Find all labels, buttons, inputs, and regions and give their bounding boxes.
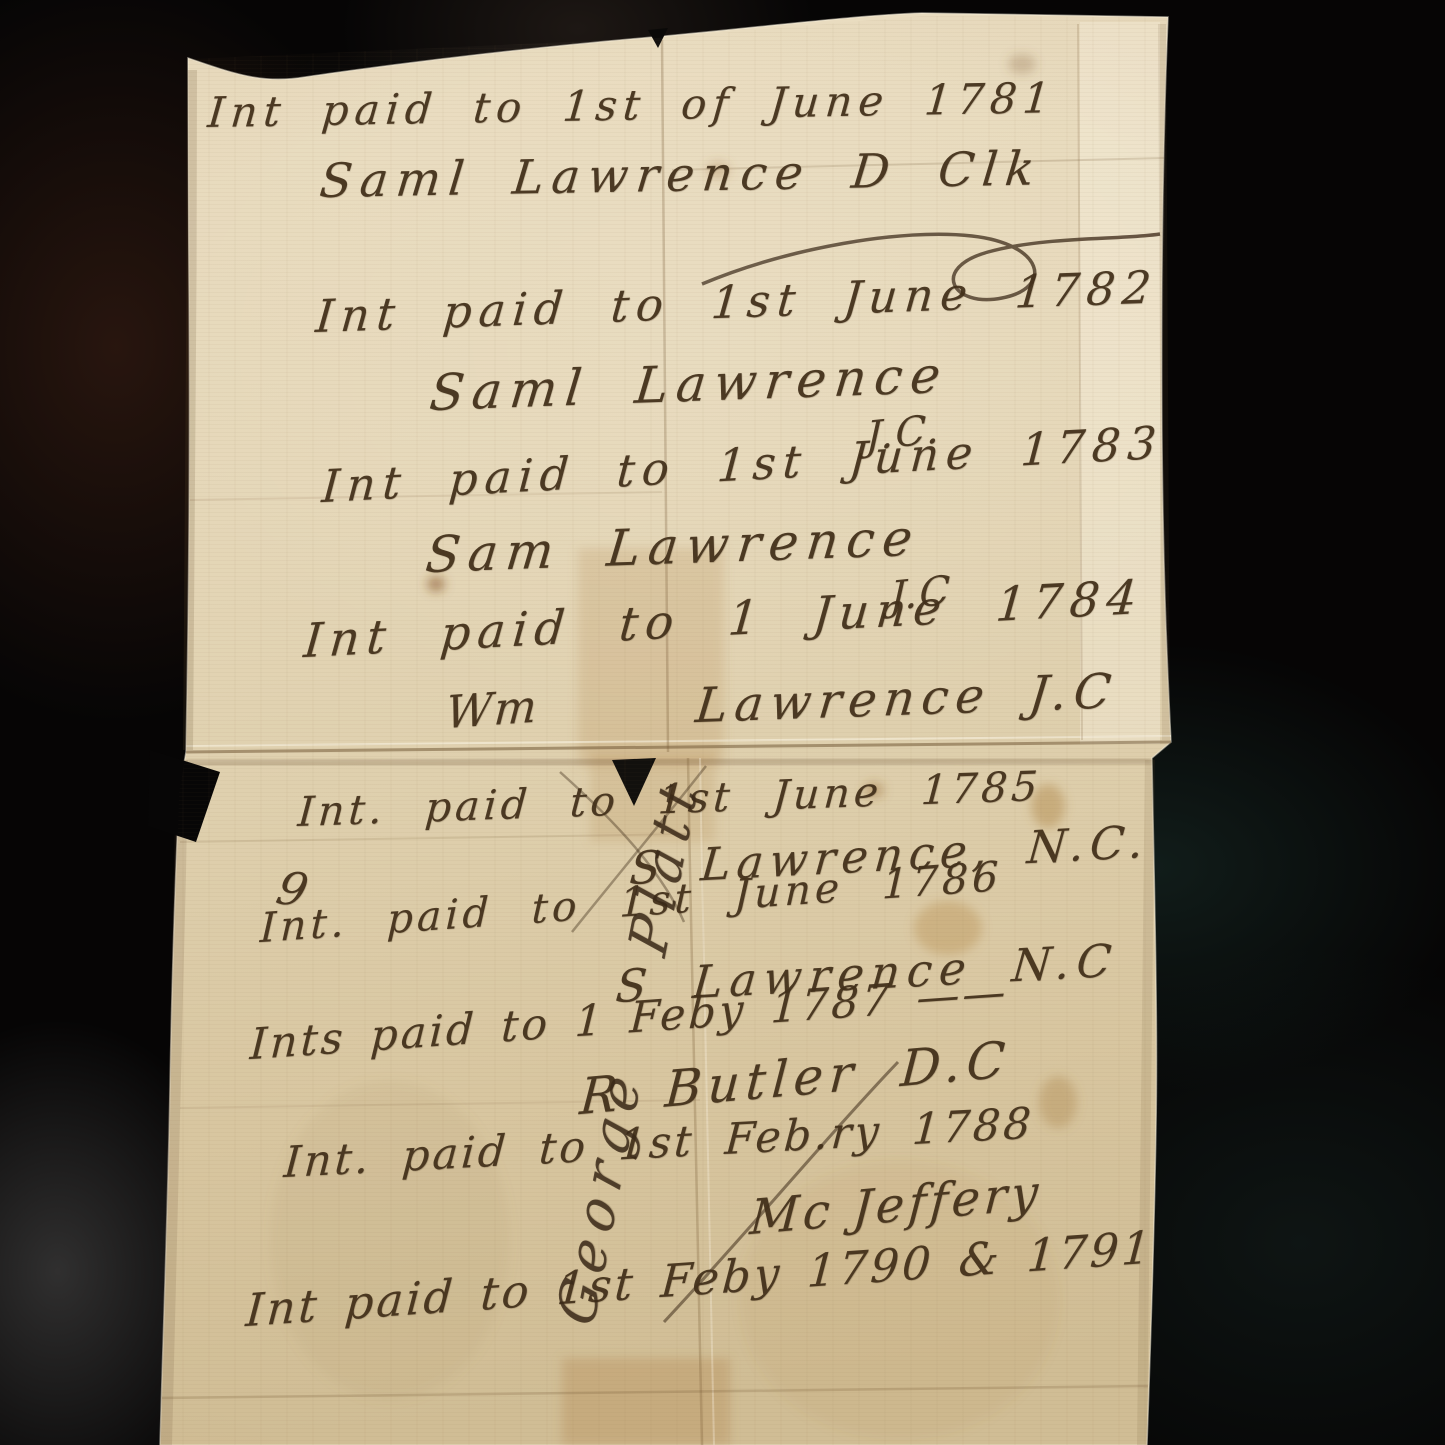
photo-scene: Int paid to 1st of June 1781 Saml Lawren…: [0, 0, 1445, 1445]
entry-1784-signature-wm: Wm: [444, 679, 540, 739]
paper-light-strip: [1080, 22, 1160, 744]
